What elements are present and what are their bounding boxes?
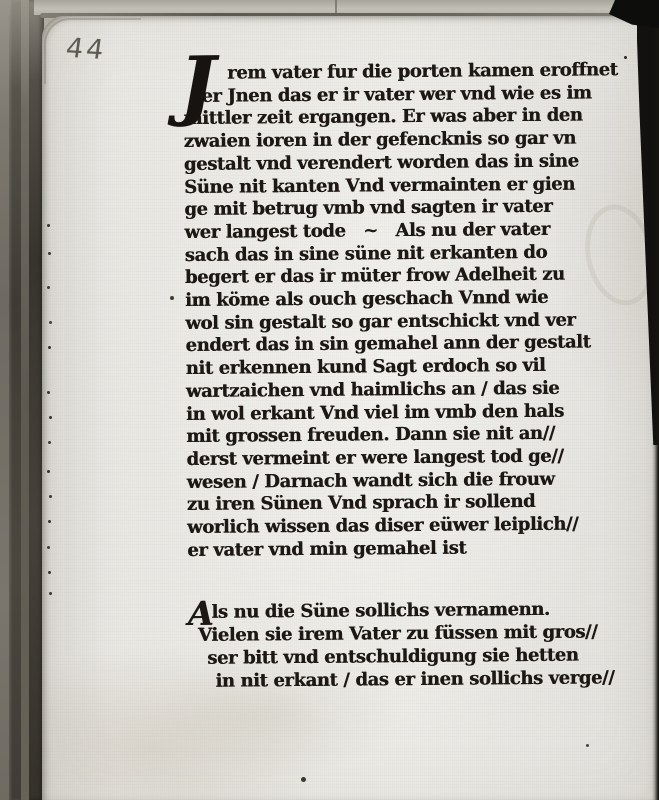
text-line: endert das in sin gemahel ann der gestal… [185,331,647,358]
text-line: gestalt vnd verendert worden das in sine [184,150,646,177]
decorated-initial: J [179,47,216,123]
text-line: Vielen sie irem Vater zu füssen mit gros… [188,621,650,648]
text-line: mittler zeit ergangen. Er was aber in de… [183,104,645,131]
paragraph-2: Als nu die Süne sollichs vernamenn. Viel… [188,598,651,693]
manuscript-photo: 44 J rem vater fur die porten kamen erof… [0,0,659,800]
paragraph-1: J rem vater fur die porten kamen eroffne… [183,59,649,562]
text-line: in nit erkant / das er inen sollichs ver… [188,667,650,694]
text-line-continuation: ls nu die Süne sollichs vernamenn. [211,599,549,623]
sewing-holes [47,224,50,227]
photo-right-edge-thin [652,0,659,800]
page-stack-crack [335,0,337,14]
text-line: er vater vnd min gemahel ist [187,536,649,563]
margin-dot [170,296,174,300]
folio-number: 44 [64,33,109,66]
text-block: J rem vater fur die porten kamen eroffne… [183,59,650,693]
